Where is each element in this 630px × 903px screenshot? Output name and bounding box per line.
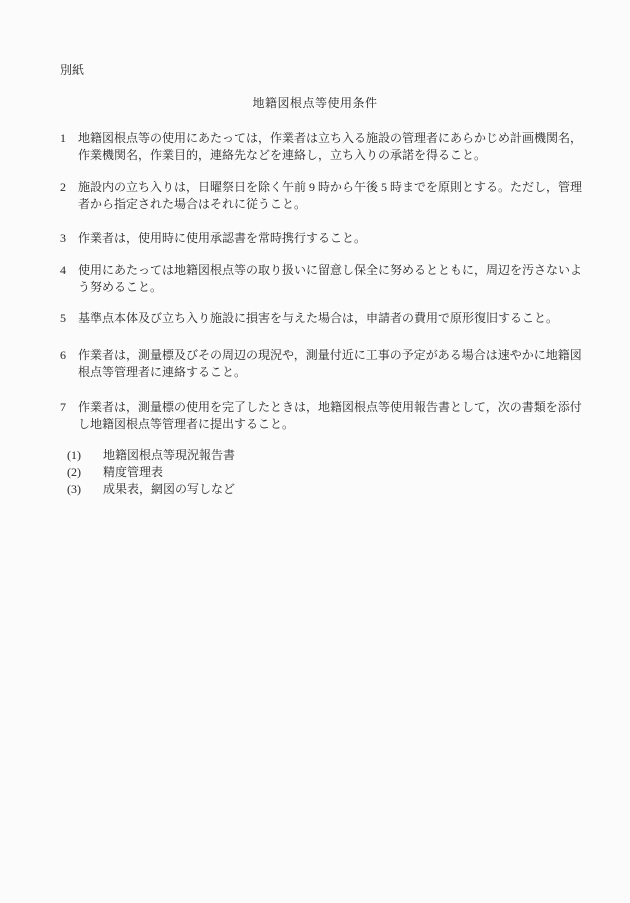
item-text-line: 地籍図根点等の使用にあたっては，作業者は立ち入る施設の管理者にあらかじめ計画機関…	[78, 130, 592, 147]
sub-list-item-2: (2) 精度管理表	[67, 464, 630, 481]
conditions-list: 1 地籍図根点等の使用にあたっては，作業者は立ち入る施設の管理者にあらかじめ計画…	[0, 130, 630, 433]
item-number: 1	[60, 130, 78, 164]
item-text: 使用にあたっては地籍図根点等の取り扱いに留意し保全に努めるとともに，周辺を汚さな…	[78, 262, 592, 296]
item-text-line: 根点等管理者に連絡すること。	[78, 364, 592, 381]
sub-list-item-1: (1) 地籍図根点等現況報告書	[67, 447, 630, 464]
item-text-line: 作業者は，測量標の使用を完了したときは，地籍図根点等使用報告書として，次の書類を…	[78, 399, 592, 416]
list-item-7: 7 作業者は，測量標の使用を完了したときは，地籍図根点等使用報告書として，次の書…	[60, 399, 592, 433]
document-page: 別紙 地籍図根点等使用条件 1 地籍図根点等の使用にあたっては，作業者は立ち入る…	[0, 0, 630, 903]
list-item-4: 4 使用にあたっては地籍図根点等の取り扱いに留意し保全に努めるとともに，周辺を汚…	[60, 262, 592, 296]
list-item-3: 3 作業者は，使用時に使用承認書を常時携行すること。	[60, 230, 592, 247]
item-text: 施設内の立ち入りは，日曜祭日を除く午前 9 時から午後 5 時までを原則とする。…	[78, 179, 592, 213]
item-number: 6	[60, 347, 78, 381]
item-number: 2	[60, 179, 78, 213]
item-text-line: 施設内の立ち入りは，日曜祭日を除く午前 9 時から午後 5 時までを原則とする。…	[78, 179, 592, 196]
item-number: 5	[60, 310, 78, 327]
sub-item-text: 成果表，網図の写しなど	[103, 481, 235, 498]
sub-item-number: (3)	[67, 481, 103, 498]
item-text-line: 者から指定された場合はそれに従うこと。	[78, 196, 592, 213]
item-text-line: 作業者は，測量標及びその周辺の現況や，測量付近に工事の予定がある場合は速やかに地…	[78, 347, 592, 364]
item-text: 作業者は，使用時に使用承認書を常時携行すること。	[78, 230, 592, 247]
item-text-line: 作業者は，使用時に使用承認書を常時携行すること。	[78, 230, 592, 247]
sub-item-text: 精度管理表	[103, 464, 163, 481]
attachment-documents-list: (1) 地籍図根点等現況報告書 (2) 精度管理表 (3) 成果表，網図の写しな…	[67, 447, 630, 498]
item-text: 作業者は，測量標及びその周辺の現況や，測量付近に工事の予定がある場合は速やかに地…	[78, 347, 592, 381]
sub-item-text: 地籍図根点等現況報告書	[103, 447, 235, 464]
item-text: 地籍図根点等の使用にあたっては，作業者は立ち入る施設の管理者にあらかじめ計画機関…	[78, 130, 592, 164]
item-text-line: う努めること。	[78, 279, 592, 296]
sub-item-number: (1)	[67, 447, 103, 464]
item-number: 7	[60, 399, 78, 433]
list-item-5: 5 基準点本体及び立ち入り施設に損害を与えた場合は，申請者の費用で原形復旧するこ…	[60, 310, 592, 327]
sub-item-number: (2)	[67, 464, 103, 481]
document-title: 地籍図根点等使用条件	[0, 95, 630, 112]
list-item-1: 1 地籍図根点等の使用にあたっては，作業者は立ち入る施設の管理者にあらかじめ計画…	[60, 130, 592, 164]
item-text-line: 作業機関名，作業目的，連絡先などを連絡し，立ち入りの承諾を得ること。	[78, 147, 592, 164]
list-item-6: 6 作業者は，測量標及びその周辺の現況や，測量付近に工事の予定がある場合は速やか…	[60, 347, 592, 381]
list-item-2: 2 施設内の立ち入りは，日曜祭日を除く午前 9 時から午後 5 時までを原則とす…	[60, 179, 592, 213]
item-text-line: 使用にあたっては地籍図根点等の取り扱いに留意し保全に努めるとともに，周辺を汚さな…	[78, 262, 592, 279]
item-number: 3	[60, 230, 78, 247]
attachment-label: 別紙	[60, 0, 630, 79]
sub-list-item-3: (3) 成果表，網図の写しなど	[67, 481, 630, 498]
item-text: 作業者は，測量標の使用を完了したときは，地籍図根点等使用報告書として，次の書類を…	[78, 399, 592, 433]
item-text-line: し地籍図根点等管理者に提出すること。	[78, 416, 592, 433]
item-text: 基準点本体及び立ち入り施設に損害を与えた場合は，申請者の費用で原形復旧すること。	[78, 310, 592, 327]
item-text-line: 基準点本体及び立ち入り施設に損害を与えた場合は，申請者の費用で原形復旧すること。	[78, 310, 592, 327]
item-number: 4	[60, 262, 78, 296]
